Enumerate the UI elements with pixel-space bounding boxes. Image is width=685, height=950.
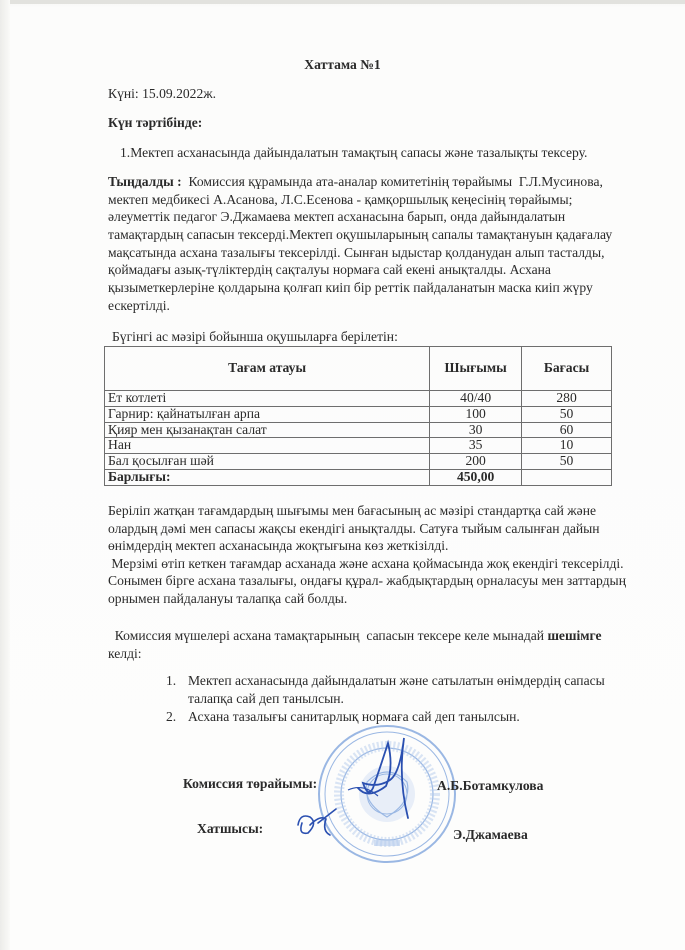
secretary-signature-icon bbox=[290, 805, 340, 845]
heard-section: Тыңдалды : Комиссия құрамында ата-аналар… bbox=[108, 173, 668, 315]
dish-name: Бал қосылған шәй bbox=[105, 454, 430, 470]
decision-list: 1.Мектеп асханасында дайындалатын және с… bbox=[166, 672, 605, 726]
secretary-name: Э.Джамаева bbox=[453, 826, 528, 844]
heard-text: Комиссия құрамында ата-аналар комитетіні… bbox=[182, 174, 603, 189]
document-title: Хаттама №1 bbox=[0, 56, 685, 74]
header-yield: Шығымы bbox=[430, 347, 522, 391]
dish-name: Гарнир: қайнатылған арпа bbox=[105, 406, 430, 422]
decision-item: 1.Мектеп асханасында дайындалатын және с… bbox=[166, 672, 605, 690]
table-total-row: Барлығы: 450,00 bbox=[105, 469, 612, 485]
heard-line: мектеп медбикесі А.Асанова, Л.С.Есенова … bbox=[108, 191, 668, 209]
decision-item-continuation: талапқа сай деп танылсын. bbox=[166, 690, 605, 708]
heard-line: әлеуметтік педагог Э.Джамаева мектеп асх… bbox=[108, 208, 668, 226]
total-price bbox=[522, 469, 612, 485]
heard-line: қоймадағы азық-түліктердің сақталуы норм… bbox=[108, 261, 668, 279]
chair-signature-icon bbox=[328, 728, 428, 828]
dish-name: Нан bbox=[105, 438, 430, 454]
heard-line: тамақтардың сапасын тексерді.Мектеп оқуш… bbox=[108, 226, 668, 244]
heard-line: қызыметкерлеріне қолдарына қолғап киіп б… bbox=[108, 279, 668, 297]
agenda-item: 1.Мектеп асханасында дайындалатын тамақт… bbox=[120, 144, 587, 162]
scan-edge-top bbox=[0, 0, 685, 4]
table-row: Нан 35 10 bbox=[105, 438, 612, 454]
decision-intro-text: Комиссия мүшелері асхана тамақтарының са… bbox=[108, 628, 547, 643]
findings-line: Сонымен бірге асхана тазалығы, ондағы құ… bbox=[108, 572, 626, 590]
total-yield: 450,00 bbox=[430, 469, 522, 485]
decision-keyword: шешімге bbox=[547, 628, 601, 643]
agenda-label: Күн тәртібінде: bbox=[108, 114, 202, 132]
findings-line: олардың дәмі мен сапасы жақсы екендігі а… bbox=[108, 520, 626, 538]
document-page: Хаттама №1 Күні: 15.09.2022ж. Күн тәртіб… bbox=[0, 0, 685, 950]
heard-label: Тыңдалды : bbox=[108, 174, 182, 189]
table-row: Ет котлеті 40/40 280 bbox=[105, 391, 612, 407]
dish-price: 60 bbox=[522, 422, 612, 438]
dish-name: Қияр мен қызанақтан салат bbox=[105, 422, 430, 438]
dish-yield: 200 bbox=[430, 454, 522, 470]
heard-line: мақсатында асхана тазалығы тексерілді. С… bbox=[108, 244, 668, 262]
header-price: Бағасы bbox=[522, 347, 612, 391]
menu-table: Тағам атауы Шығымы Бағасы Ет котлеті 40/… bbox=[104, 346, 612, 486]
findings-line: өнімдердің мектеп асханасында жоқтығына … bbox=[108, 537, 626, 555]
findings-line: Мерзімі өтіп кеткен тағамдар асханада жә… bbox=[108, 555, 626, 573]
table-row: Қияр мен қызанақтан салат 30 60 bbox=[105, 422, 612, 438]
heard-line: ескертілді. bbox=[108, 297, 668, 315]
header-dish-name: Тағам атауы bbox=[105, 347, 430, 391]
dish-price: 50 bbox=[522, 454, 612, 470]
dish-yield: 30 bbox=[430, 422, 522, 438]
dish-name: Ет котлеті bbox=[105, 391, 430, 407]
dish-yield: 35 bbox=[430, 438, 522, 454]
menu-table-header: Тағам атауы Шығымы Бағасы bbox=[105, 347, 612, 391]
decision-item-number: 2. bbox=[166, 708, 188, 726]
findings-line: орнымен пайдалануы талапқа сай болды. bbox=[108, 590, 626, 608]
secretary-label: Хатшысы: bbox=[197, 820, 263, 838]
chair-label: Комиссия төрайымы: bbox=[183, 775, 317, 793]
dish-price: 10 bbox=[522, 438, 612, 454]
findings-line: Беріліп жатқан тағамдардың шығымы мен ба… bbox=[108, 502, 626, 520]
chair-name: А.Б.Ботамкулова bbox=[437, 777, 543, 795]
dish-price: 50 bbox=[522, 406, 612, 422]
scan-edge-left bbox=[0, 0, 10, 950]
dish-price: 280 bbox=[522, 391, 612, 407]
dish-yield: 100 bbox=[430, 406, 522, 422]
decision-intro-end: келді: bbox=[108, 645, 602, 663]
menu-intro: Бүгінгі ас мәзірі бойынша оқушыларға бер… bbox=[112, 328, 398, 346]
findings-section: Беріліп жатқан тағамдардың шығымы мен ба… bbox=[108, 502, 626, 608]
table-row: Гарнир: қайнатылған арпа 100 50 bbox=[105, 406, 612, 422]
decision-item-text: Мектеп асханасында дайындалатын және сат… bbox=[188, 673, 605, 688]
document-date: Күні: 15.09.2022ж. bbox=[108, 85, 216, 103]
table-row: Бал қосылған шәй 200 50 bbox=[105, 454, 612, 470]
total-label: Барлығы: bbox=[105, 469, 430, 485]
dish-yield: 40/40 bbox=[430, 391, 522, 407]
decision-item-number: 1. bbox=[166, 672, 188, 690]
decision-intro: Комиссия мүшелері асхана тамақтарының са… bbox=[108, 627, 602, 663]
heard-line: Тыңдалды : Комиссия құрамында ата-аналар… bbox=[108, 173, 668, 191]
